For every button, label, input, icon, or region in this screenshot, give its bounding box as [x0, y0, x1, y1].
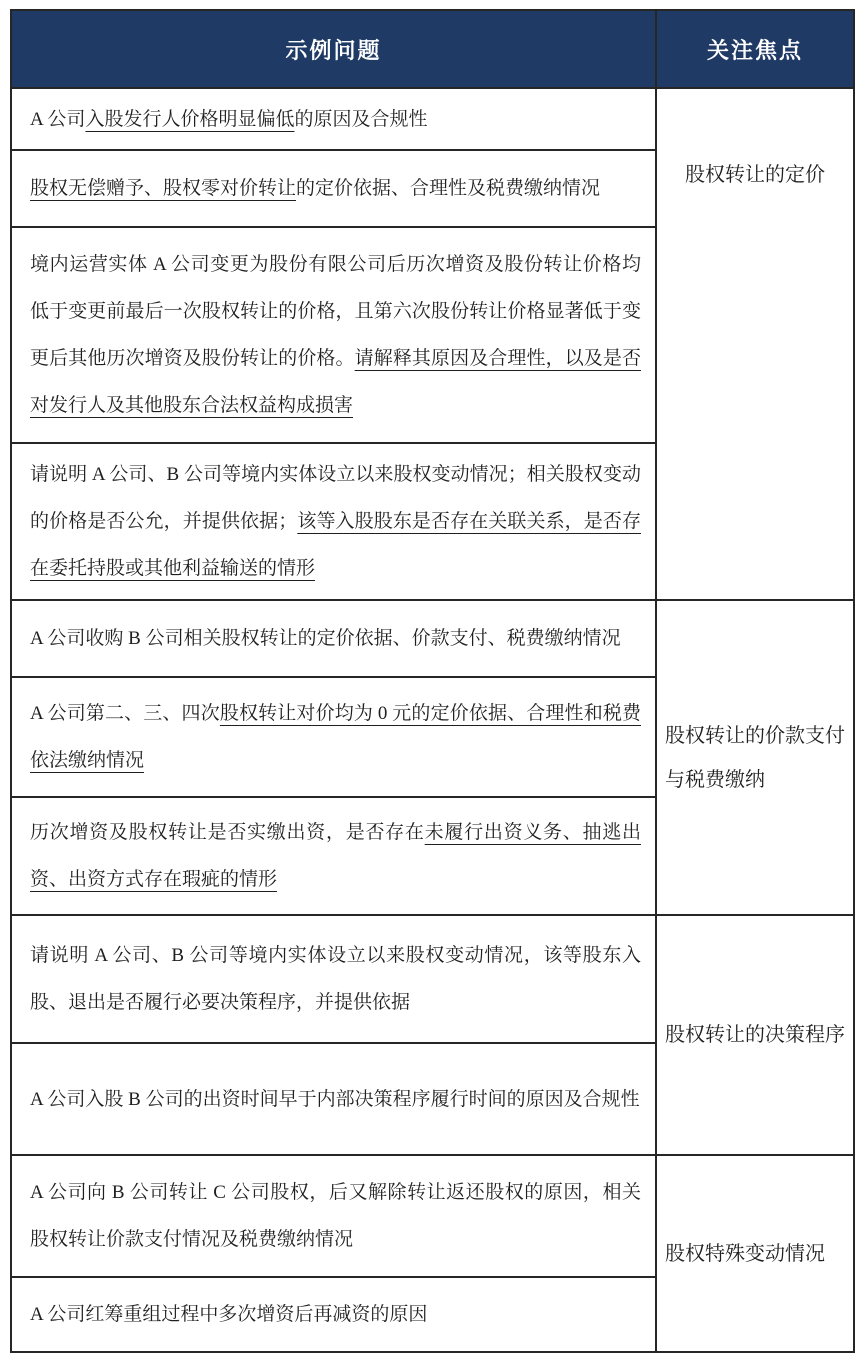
focus-label: 股权特殊变动情况: [665, 1243, 825, 1265]
question-cell: A 公司入股 B 公司的出资时间早于内部决策程序履行时间的原因及合规性: [11, 1043, 656, 1155]
header-example-questions: 示例问题: [11, 10, 656, 88]
question-cell: 股权无偿赠予、股权零对价转让的定价依据、合理性及税费缴纳情况: [11, 150, 656, 227]
focus-cell: 股权转让的决策程序: [656, 915, 854, 1155]
question-text: A 公司: [30, 109, 85, 130]
table-row: 请说明 A 公司、B 公司等境内实体设立以来股权变动情况，该等股东入股、退出是否…: [11, 915, 854, 1043]
focus-cell: 股权转让的定价: [656, 88, 854, 600]
underlined-text: 入股发行人价格明显偏低: [85, 109, 294, 130]
question-text: 的定价依据、合理性及税费缴纳情况: [296, 178, 600, 199]
focus-label: 股权转让的决策程序: [665, 1024, 845, 1046]
question-cell: A 公司第二、三、四次股权转让对价均为 0 元的定价依据、合理性和税费依法缴纳情…: [11, 677, 656, 797]
question-text: A 公司入股 B 公司的出资时间早于内部决策程序履行时间的原因及合规性: [30, 1089, 640, 1110]
question-cell: 请说明 A 公司、B 公司等境内实体设立以来股权变动情况，该等股东入股、退出是否…: [11, 915, 656, 1043]
question-text: 请说明 A 公司、B 公司等境内实体设立以来股权变动情况，该等股东入股、退出是否…: [30, 945, 641, 1013]
question-text: A 公司向 B 公司转让 C 公司股权，后又解除转让返还股权的原因，相关股权转让…: [30, 1182, 641, 1250]
question-text: 的原因及合规性: [294, 109, 427, 130]
table-header: 示例问题 关注焦点: [11, 10, 854, 88]
focus-label: 股权转让的定价: [685, 164, 825, 186]
focus-label: 股权转让的价款支付与税费缴纳: [665, 725, 845, 791]
underlined-text: 股权无偿赠予、股权零对价转让: [30, 178, 296, 199]
question-cell: A 公司收购 B 公司相关股权转让的定价依据、价款支付、税费缴纳情况: [11, 600, 656, 677]
table-row: A 公司收购 B 公司相关股权转让的定价依据、价款支付、税费缴纳情况股权转让的价…: [11, 600, 854, 677]
header-focus: 关注焦点: [656, 10, 854, 88]
question-cell: 历次增资及股权转让是否实缴出资，是否存在未履行出资义务、抽逃出资、出资方式存在瑕…: [11, 797, 656, 915]
question-text: A 公司第二、三、四次: [30, 703, 220, 724]
question-cell: A 公司向 B 公司转让 C 公司股权，后又解除转让返还股权的原因，相关股权转让…: [11, 1155, 656, 1277]
question-text: A 公司红筹重组过程中多次增资后再减资的原因: [30, 1304, 427, 1325]
review-table: 示例问题 关注焦点 A 公司入股发行人价格明显偏低的原因及合规性股权转让的定价股…: [10, 9, 855, 1353]
question-cell: A 公司红筹重组过程中多次增资后再减资的原因: [11, 1277, 656, 1352]
table-body: A 公司入股发行人价格明显偏低的原因及合规性股权转让的定价股权无偿赠予、股权零对…: [11, 88, 854, 1352]
question-cell: 请说明 A 公司、B 公司等境内实体设立以来股权变动情况；相关股权变动的价格是否…: [11, 443, 656, 600]
question-text: 历次增资及股权转让是否实缴出资，是否存在: [30, 822, 425, 843]
table-row: A 公司向 B 公司转让 C 公司股权，后又解除转让返还股权的原因，相关股权转让…: [11, 1155, 854, 1277]
focus-cell: 股权特殊变动情况: [656, 1155, 854, 1352]
question-cell: A 公司入股发行人价格明显偏低的原因及合规性: [11, 88, 656, 150]
focus-cell: 股权转让的价款支付与税费缴纳: [656, 600, 854, 915]
table-row: A 公司入股发行人价格明显偏低的原因及合规性股权转让的定价: [11, 88, 854, 150]
question-cell: 境内运营实体 A 公司变更为股份有限公司后历次增资及股份转让价格均低于变更前最后…: [11, 227, 656, 443]
question-text: A 公司收购 B 公司相关股权转让的定价依据、价款支付、税费缴纳情况: [30, 628, 621, 649]
